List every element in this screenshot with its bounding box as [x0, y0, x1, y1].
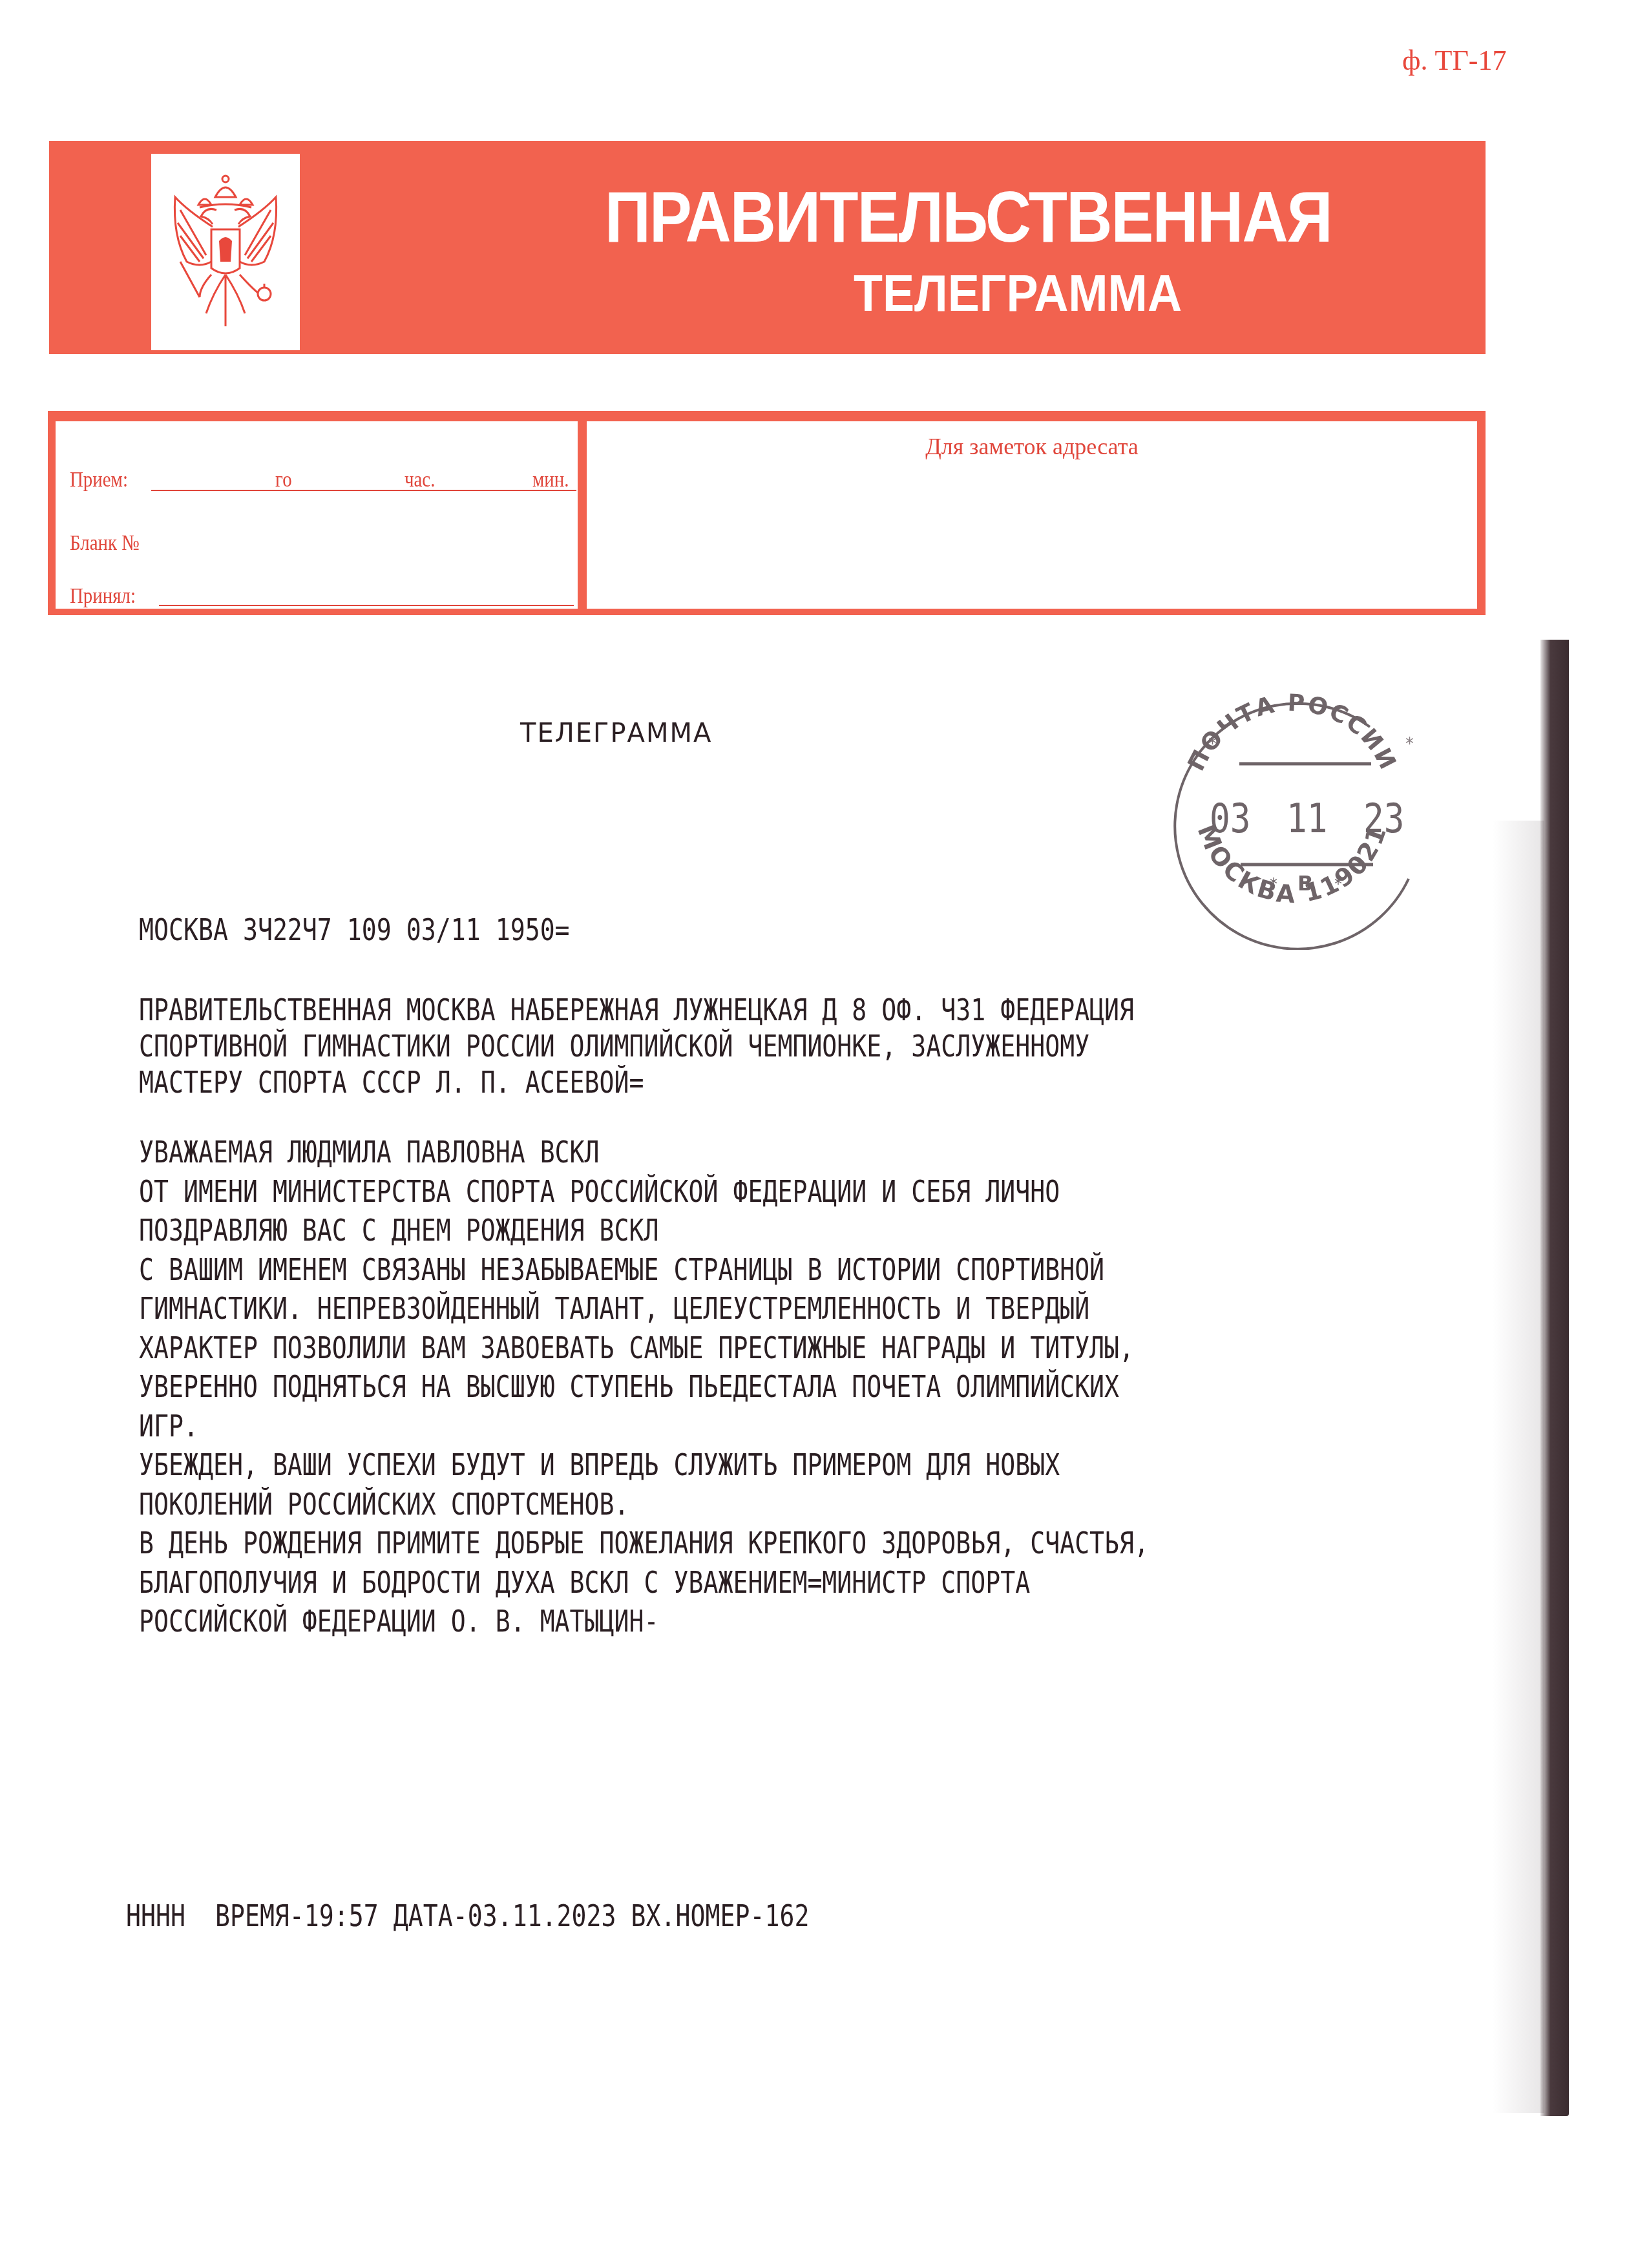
message-line: УВЕРЕННО ПОДНЯТЬСЯ НА ВЫСШУЮ СТУПЕНЬ ПЬЕ…: [139, 1372, 1119, 1402]
telegram-heading: ТЕЛЕГРАММА: [520, 719, 712, 748]
emblem-frame: [151, 154, 300, 350]
russian-coat-of-arms-icon: [161, 165, 290, 339]
message-line: БЛАГОПОЛУЧИЯ И БОДРОСТИ ДУХА ВСКЛ С УВАЖ…: [139, 1568, 1030, 1597]
message-line: ХАРАКТЕР ПОЗВОЛИЛИ ВАМ ЗАВОЕВАТЬ САМЫЕ П…: [139, 1333, 1134, 1363]
message-line: ИГР.: [139, 1411, 198, 1441]
scan-edge: [1540, 640, 1569, 2116]
message-line: УБЕЖДЕН, ВАШИ УСПЕХИ БУДУТ И ВПРЕДЬ СЛУЖ…: [139, 1450, 1060, 1480]
received-day-suffix: го: [275, 468, 292, 492]
message-line: ПОКОЛЕНИЙ РОССИЙСКИХ СПОРТСМЕНОВ.: [139, 1489, 629, 1519]
service-fields: Прием: го час. мин. Бланк № Принял:: [56, 421, 578, 609]
message-line: В ДЕНЬ РОЖДЕНИЯ ПРИМИТЕ ДОБРЫЕ ПОЖЕЛАНИЯ…: [139, 1528, 1149, 1558]
address-line: МАСТЕРУ СПОРТА СССР Л. П. АСЕЕВОЙ=: [139, 1067, 644, 1097]
banner-title: ПРАВИТЕЛЬСТВЕННАЯ: [605, 181, 1367, 253]
form-code: ф. ТГ-17: [1402, 44, 1506, 77]
message-line: С ВАШИМ ИМЕНЕМ СВЯЗАНЫ НЕЗАБЫВАЕМЫЕ СТРА…: [139, 1255, 1104, 1285]
recipient-notes-area: Для заметок адресата: [587, 421, 1477, 609]
received-underline: [151, 490, 576, 491]
scan-shadow: [1493, 821, 1544, 2113]
postal-stamp: ПОЧТА РОССИИ * * 03 11 23 * В * МОСКВА 1…: [1150, 666, 1434, 950]
telegram-header-line: МОСКВА 3Ч22Ч7 109 03/11 1950=: [139, 915, 570, 945]
message-line: ГИМНАСТИКИ. НЕПРЕВЗОЙДЕННЫЙ ТАЛАНТ, ЦЕЛЕ…: [139, 1294, 1089, 1323]
accepted-underline: [159, 605, 574, 606]
message-line: УВАЖАЕМАЯ ЛЮДМИЛА ПАВЛОВНА ВСКЛ: [139, 1137, 600, 1167]
svg-text:*: *: [1208, 735, 1217, 754]
postmark-icon: ПОЧТА РОССИИ * * 03 11 23 * В * МОСКВА 1…: [1150, 666, 1434, 950]
received-hour-suffix: час.: [404, 468, 435, 492]
received-min-suffix: мин.: [532, 468, 569, 492]
svg-text:*: *: [1405, 735, 1414, 754]
stamp-month: 11: [1287, 795, 1327, 842]
address-line: ПРАВИТЕЛЬСТВЕННАЯ МОСКВА НАБЕРЕЖНАЯ ЛУЖН…: [139, 995, 1134, 1025]
message-line: ОТ ИМЕНИ МИНИСТЕРСТВА СПОРТА РОССИЙСКОЙ …: [139, 1177, 1060, 1206]
accepted-label: Принял:: [70, 584, 136, 609]
blank-number-label: Бланк №: [70, 531, 140, 556]
telegram-footer-line: НННН ВРЕМЯ-19:57 ДАТА-03.11.2023 ВХ.НОМЕ…: [126, 1901, 809, 1931]
received-label: Прием:: [70, 468, 128, 492]
address-line: СПОРТИВНОЙ ГИМНАСТИКИ РОССИИ ОЛИМПИЙСКОЙ…: [139, 1031, 1089, 1061]
message-line: РОССИЙСКОЙ ФЕДЕРАЦИИ О. В. МАТЫЦИН-: [139, 1606, 659, 1636]
header-banner: ПРАВИТЕЛЬСТВЕННАЯ ТЕЛЕГРАММА: [49, 141, 1486, 354]
message-line: ПОЗДРАВЛЯЮ ВАС С ДНЕМ РОЖДЕНИЯ ВСКЛ: [139, 1215, 659, 1245]
notes-label: Для заметок адресата: [587, 433, 1477, 460]
banner-subtitle: ТЕЛЕГРАММА: [854, 268, 1182, 319]
service-box: Прием: го час. мин. Бланк № Принял: Для …: [48, 411, 1486, 615]
